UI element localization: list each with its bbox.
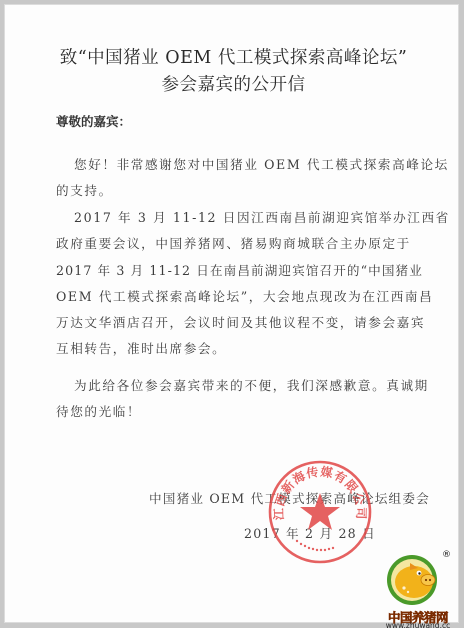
paragraph-2-line-6: 互相转告，准时出席参会。 bbox=[56, 338, 401, 357]
logo-site-url: www.zhuwang.cc bbox=[374, 621, 462, 628]
company-seal-stamp: 江西新海传媒有限公司 bbox=[267, 459, 373, 565]
letter-page: 致“中国猪业 OEM 代工模式探索高峰论坛” 参会嘉宾的公开信 尊敬的嘉宾： 您… bbox=[4, 4, 459, 623]
paragraph-1-line-1: 您好！非常感谢您对中国猪业 OEM 代工模式探索高峰论坛 bbox=[74, 154, 419, 173]
paragraph-3-line-1: 为此给各位参会嘉宾带来的不便，我们深感歉意。真诚期 bbox=[74, 375, 419, 394]
paragraph-2-line-5: 万达文华酒店召开，会议时间及其他议程不变，请参会嘉宾 bbox=[56, 312, 401, 331]
letter-title-line-1: 致“中国猪业 OEM 代工模式探索高峰论坛” bbox=[6, 44, 461, 69]
paragraph-3-line-2: 待您的光临！ bbox=[56, 401, 401, 420]
paragraph-2-line-4: OEM 代工模式探索高峰论坛”，大会地点现改为在江西南昌 bbox=[56, 286, 401, 305]
letter-title-line-2: 参会嘉宾的公开信 bbox=[6, 71, 461, 96]
letter-greeting: 尊敬的嘉宾： bbox=[56, 112, 131, 130]
registered-mark: ® bbox=[442, 550, 451, 560]
zhuwang-watermark-logo: ® 中国养猪网 www.zhuwang.cc bbox=[374, 548, 462, 628]
paragraph-1-line-2: 的支持。 bbox=[56, 180, 401, 199]
pig-icon: ® bbox=[374, 548, 462, 610]
paragraph-2-line-3: 2017 年 3 月 11-12 日在南昌前湖迎宾馆召开的“中国猪业 bbox=[56, 260, 401, 279]
paragraph-2-line-2: 政府重要会议，中国养猪网、猪易购商城联合主办原定于 bbox=[56, 233, 401, 252]
paragraph-2-line-1: 2017 年 3 月 11-12 日因江西南昌前湖迎宾馆举办江西省 bbox=[74, 207, 419, 226]
star-icon bbox=[300, 493, 340, 530]
